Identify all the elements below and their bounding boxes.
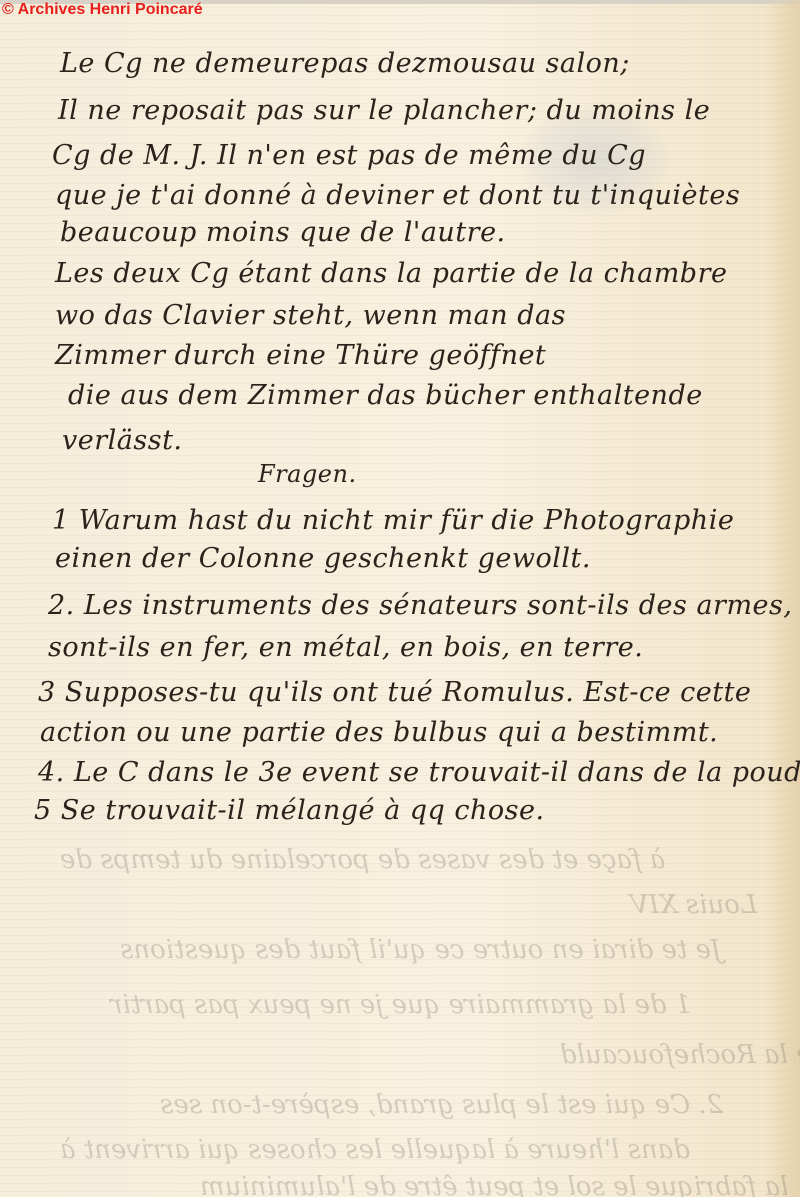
handwritten-line: wo das Clavier steht, wenn man das <box>55 300 566 331</box>
question-line: 1 Warum hast du nicht mir für die Photog… <box>52 505 734 536</box>
handwritten-line: die aus dem Zimmer das bücher enthaltend… <box>68 380 703 411</box>
bleed-through-line: Louis XIV <box>630 890 757 920</box>
bleed-through-line: à façe et des vases de porcelaine du tem… <box>60 845 665 875</box>
handwritten-line: Il ne reposait pas sur le plancher; du m… <box>58 95 710 126</box>
question-line: sont-ils en fer, en métal, en bois, en t… <box>48 632 643 663</box>
question-line: einen der Colonne geschenkt gewollt. <box>55 543 591 574</box>
bleed-through-line: dans l'heure à laquelle les choses qui a… <box>60 1135 690 1165</box>
handwritten-line: beaucoup moins que de l'autre. <box>60 217 506 248</box>
handwritten-line: Les deux Cg étant dans la partie de la c… <box>55 258 727 289</box>
question-line: 5 Se trouvait-il mélangé à qq chose. <box>34 795 545 826</box>
bleed-through-line: Je te dirai en outre ce qu'il faut des q… <box>120 935 721 965</box>
question-line: 3 Supposes-tu qu'ils ont tué Romulus. Es… <box>38 677 751 708</box>
bleed-through-line: 2. Ce qui est le plus grand, espère-t-on… <box>160 1090 723 1120</box>
question-line: 2. Les instruments des sénateurs sont-il… <box>48 590 792 621</box>
question-line: action ou une partie des bulbus qui a be… <box>40 717 718 748</box>
bleed-through-line: de la Rochefoucauld <box>560 1040 800 1070</box>
heading-fragen: Fragen. <box>258 460 357 488</box>
handwritten-line: Zimmer durch eine Thüre geöffnet <box>55 340 546 371</box>
handwritten-line: que je t'ai donné à deviner et dont tu t… <box>55 180 740 211</box>
manuscript-page: à façe et des vases de porcelaine du tem… <box>0 0 800 1197</box>
handwritten-line: verlässt. <box>62 425 183 456</box>
copyright-watermark: © Archives Henri Poincaré <box>2 1 203 19</box>
bleed-through-line: la fabrique le sol et peut être de l'alu… <box>200 1172 788 1197</box>
question-line: 4. Le C dans le 3e event se trouvait-il … <box>38 757 800 788</box>
handwritten-line: Cg de M. J. Il n'en est pas de même du C… <box>52 140 646 171</box>
handwritten-line: Le Cg ne demeurepas dezmousau salon; <box>60 48 630 79</box>
bleed-through-line: 1 de la grammaire que je ne peux pas par… <box>110 990 691 1020</box>
